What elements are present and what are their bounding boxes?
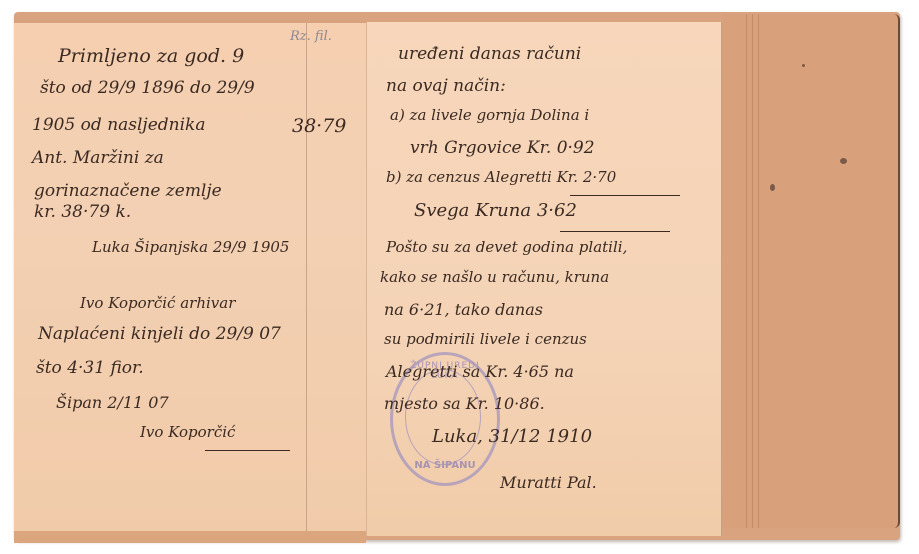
stamp-bottom-text: NA ŠIPANU <box>397 460 493 471</box>
handwritten-line: Naplaćeni kinjeli do 29/9 07 <box>38 326 281 343</box>
handwritten-line: Ant. Maržini za <box>32 150 164 167</box>
stain <box>840 158 847 164</box>
total-line: Svega Kruna 3·62 <box>414 202 577 220</box>
sum-rule <box>560 231 670 232</box>
handwritten-line: kr. 38·79 k. <box>34 204 131 221</box>
handwritten-line: na 6·21, tako danas <box>384 302 543 318</box>
handwritten-line: Primljeno za god. 9 <box>58 47 244 66</box>
handwritten-line: Pošto su za devet godina platili, <box>386 240 627 255</box>
item-line: b) za cenzus Alegretti Kr. 2·70 <box>386 170 616 185</box>
handwritten-line: uređeni danas računi <box>398 46 581 63</box>
handwritten-line: što od 29/9 1896 do 29/9 <box>40 80 255 97</box>
margin-rule <box>306 23 307 531</box>
stain <box>770 184 775 191</box>
signature: Luka Šipanjska 29/9 1905 <box>92 240 289 255</box>
page-edge <box>14 531 366 543</box>
crease-line <box>746 14 747 528</box>
handwritten-line: što 4·31 fior. <box>36 360 144 377</box>
handwritten-line: na ovaj način: <box>386 78 506 95</box>
stain <box>802 64 805 67</box>
sum-rule <box>570 195 680 196</box>
document-scan: Rz. fil. Primljeno za god. 9 što od 29/9… <box>0 0 919 554</box>
amount: 38·79 <box>292 117 346 136</box>
handwritten-line: Alegretti sa Kr. 4·65 na <box>386 364 574 380</box>
handwritten-line: mjesto sa Kr. 10·86. <box>384 396 545 412</box>
item-line: vrh Grgovice Kr. 0·92 <box>410 140 595 157</box>
signature-flourish <box>205 450 290 451</box>
signature: Ivo Koporčić <box>140 425 235 440</box>
handwritten-line: gorinaznačene zemlje <box>34 183 222 200</box>
stamp-inner-ring <box>405 369 481 465</box>
item-line: a) za livele gornja Dolina i <box>390 108 589 123</box>
handwritten-line: kako se našlo u računu, kruna <box>380 270 609 285</box>
place-date: Šipan 2/11 07 <box>56 395 169 411</box>
handwritten-line: 1905 od nasljednika <box>32 117 205 134</box>
signature: Muratti Pal. <box>500 475 597 491</box>
crease-line <box>758 14 759 528</box>
handwritten-line: su podmirili livele i cenzus <box>384 332 587 347</box>
handwritten-line: Ivo Koporčić arhivar <box>80 296 235 311</box>
crease-line <box>752 14 753 528</box>
pencil-note: Rz. fil. <box>290 30 332 43</box>
place-date: Luka, 31/12 1910 <box>432 428 592 446</box>
cover-flap <box>722 14 900 528</box>
